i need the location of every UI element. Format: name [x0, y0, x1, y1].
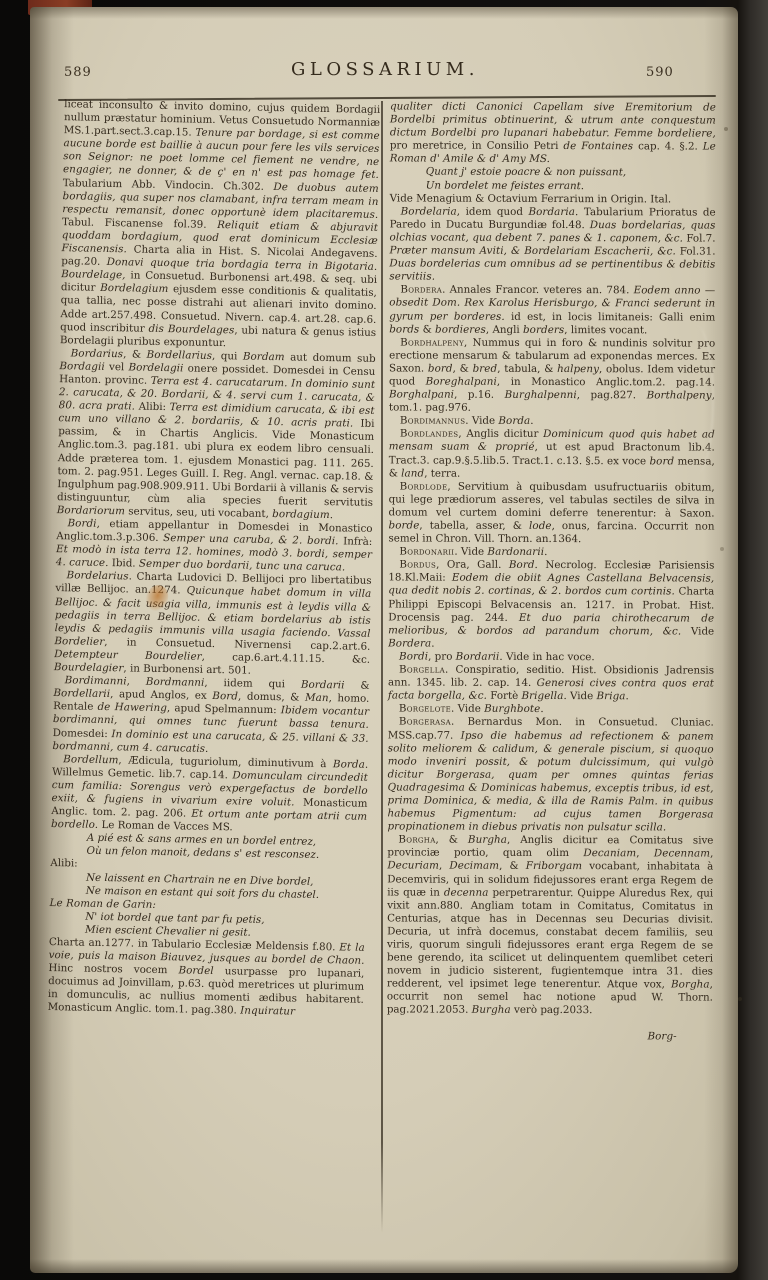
paragraph: Bordi, pro Bordarii. Vide in hac voce.	[388, 650, 714, 664]
paragraph: Bordus, Ora, Gall. Bord. Necrolog. Eccle…	[388, 559, 714, 652]
paragraph: Bordi, etiam appellantur in Domesdei in …	[56, 517, 373, 575]
paragraph: qualiter dicti Canonici Capellam sive Er…	[390, 100, 716, 167]
paragraph: Charta an.1277. in Tabulario Ecclesiæ Me…	[48, 936, 365, 1020]
text-columns: liceat inconsulto & invito domino, cujus…	[58, 101, 714, 1251]
paragraph: liceat inconsulto & invito domino, cujus…	[60, 98, 381, 353]
paragraph: Bordimanni, Bordmanni, iidem qui Bordari…	[52, 674, 369, 758]
right-column: qualiter dicti Canonici Capellam sive Er…	[386, 100, 716, 1251]
paragraph: A pié est & sans armes en un bordel entr…	[86, 832, 366, 863]
paragraph: Borgelote. Vide Burghbote.	[388, 703, 714, 717]
page-number-left: 589	[64, 65, 92, 80]
left-column: liceat inconsulto & invito domino, cujus…	[43, 98, 380, 1254]
paper-specks	[724, 127, 728, 131]
paragraph: Bordlandes, Anglis dicitur Dominicum quo…	[389, 428, 715, 482]
paragraph: Bordimannus. Vide Borda.	[389, 415, 715, 429]
paragraph: Bordelarius. Charta Ludovici D. Bellijoc…	[54, 569, 372, 680]
page-title: GLOSSARIUM.	[150, 59, 620, 80]
paragraph: Bordonarii. Vide Bardonarii.	[388, 546, 714, 560]
catchword: Borg-	[387, 1029, 713, 1043]
paragraph: Bordarius, & Bordellarius, qui Bordam au…	[57, 347, 376, 523]
paragraph: Quant j' estoie poacre & non puissant,Un…	[426, 166, 716, 193]
paragraph: Borgella. Conspiratio, seditio. Hist. Ob…	[388, 663, 714, 703]
paragraph: Borgha, & Burgha, Anglis dicitur ea Comi…	[387, 834, 714, 1018]
paragraph: Bordellum, Ædicula, tuguriolum, diminuti…	[51, 753, 368, 837]
book-scan: 589 GLOSSARIUM. 590 liceat inconsulto & …	[0, 0, 768, 1280]
page-number-right: 590	[646, 65, 674, 80]
paragraph: Bordlode, Servitium à quibusdam usufruct…	[388, 480, 714, 547]
paragraph: Bordera. Annales Francor. veteres an. 78…	[389, 284, 715, 338]
paragraph: Bordhalpeny, Nummus qui in foro & nundin…	[389, 336, 715, 416]
column-divider	[381, 101, 383, 1233]
paper-crease	[678, 325, 714, 475]
paragraph: Vide Menagium & Octavium Ferrarium in Or…	[390, 192, 716, 206]
book-page: 589 GLOSSARIUM. 590 liceat inconsulto & …	[30, 7, 738, 1273]
paragraph: Borgerasa. Bernardus Mon. in Consuetud. …	[387, 716, 713, 835]
paragraph: Bordelaria, idem quod Bordaria. Tabulari…	[389, 205, 715, 285]
